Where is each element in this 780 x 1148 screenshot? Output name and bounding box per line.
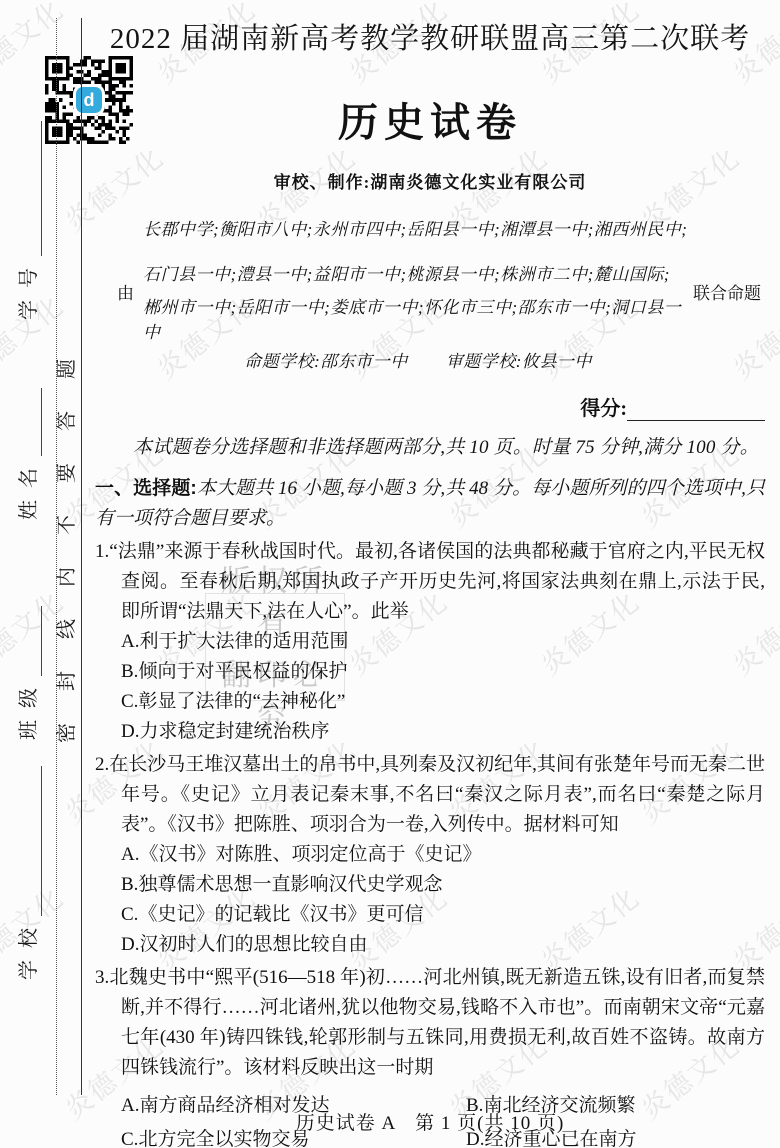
exam-instructions: 本试题卷分选择题和非选择题两部分,共 10 页。时量 75 分钟,满分 100 …: [95, 433, 765, 463]
seal-solid-line: [81, 18, 82, 1095]
producer-line: 审校、制作:湖南炎德文化实业有限公司: [95, 168, 765, 193]
exam-content: 2022 届湖南新高考教学教研联盟高三第二次联考 历史试卷 审校、制作:湖南炎德…: [95, 10, 765, 1148]
question-text: 1.“法鼎”来源于春秋战国时代。最初,各诸侯国的法典都秘藏于官府之内,平民无权查…: [95, 537, 765, 627]
question-text: 3.北魏史书中“熙平(516—518 年)初……河北州镇,既无新造五铢,设有旧者…: [95, 963, 765, 1083]
question-body: “法鼎”来源于春秋战国时代。最初,各诸侯国的法典都秘藏于官府之内,平民无权查阅。…: [109, 541, 765, 622]
seal-field-label: 学号: [16, 256, 42, 320]
seal-field-label: 班级: [16, 676, 42, 740]
section-header: 一、选择题:本大题共 16 小题,每小题 3 分,共 48 分。每小题所列的四个…: [95, 474, 765, 534]
commission-schools: 长郡中学;衡阳市八中;永州市四中;岳阳县一中;湘潭县一中;湘西州民中; 石门县一…: [143, 205, 693, 378]
seal-field-school: 学校: [12, 766, 42, 980]
school-line: 郴州市一中;岳阳市一中;娄底市一中;怀化市三中;邵东市一中;洞口县一中: [143, 295, 693, 340]
question-2: 2.在长沙马王堆汉墓出土的帛书中,具列秦及汉初纪年,其间有张楚年号而无秦二世年号…: [95, 750, 765, 960]
question-number: 2.: [95, 754, 109, 775]
seal-blank-line: [17, 388, 42, 456]
question-1: 1.“法鼎”来源于春秋战国时代。最初,各诸侯国的法典都秘藏于官府之内,平民无权查…: [95, 537, 765, 747]
option-d: D.力求稳定封建统治秩序: [121, 717, 765, 747]
seal-blank-line: [17, 606, 42, 676]
reviewer-school: 审题学校:攸县一中: [446, 347, 592, 372]
score-row: 得分:: [95, 392, 765, 421]
option-a: A.《汉书》对陈胜、项羽定位高于《史记》: [121, 840, 765, 870]
score-label: 得分:: [580, 398, 627, 420]
question-number: 3.: [95, 967, 109, 988]
option-c: C.《史记》的记载比《汉书》更可信: [121, 900, 765, 930]
exam-page: 炎德文化炎德文化炎德文化炎德文化炎德文化炎德文化炎德文化炎德文化炎德文化炎德文化…: [0, 0, 780, 1148]
seal-field-student-id: 学号: [12, 121, 42, 320]
question-options: A.《汉书》对陈胜、项羽定位高于《史记》 B.独尊儒术思想一直影响汉代史学观念 …: [121, 840, 765, 960]
proposer-school: 命题学校:邵东市一中: [244, 347, 408, 372]
seal-field-class: 班级: [12, 606, 42, 740]
question-text: 2.在长沙马王堆汉墓出土的帛书中,具列秦及汉初纪年,其间有张楚年号而无秦二世年号…: [95, 750, 765, 840]
subject-title: 历史试卷: [95, 91, 765, 148]
exam-title: 2022 届湖南新高考教学教研联盟高三第二次联考: [95, 16, 765, 57]
seal-blank-line: [17, 121, 42, 256]
question-body: 在长沙马王堆汉墓出土的帛书中,具列秦及汉初纪年,其间有张楚年号而无秦二世年号。《…: [109, 754, 765, 835]
option-c: C.彰显了法律的“去神秘化”: [121, 687, 765, 717]
commission-block: 由 长郡中学;衡阳市八中;永州市四中;岳阳县一中;湘潭县一中;湘西州民中; 石门…: [95, 205, 765, 378]
seal-blank-line: [17, 766, 42, 916]
seal-field-label: 姓名: [16, 456, 42, 520]
option-d: D.汉初时人们的思想比较自由: [121, 930, 765, 960]
section-label: 一、选择题:: [95, 478, 197, 499]
school-line-bottom: 命题学校:邵东市一中 审题学校:攸县一中: [143, 340, 693, 378]
commission-prefix: 由: [117, 279, 143, 304]
school-line: 长郡中学;衡阳市八中;永州市四中;岳阳县一中;湘潭县一中;湘西州民中;: [143, 205, 693, 250]
seal-fields: 学校 班级 姓名 学号: [12, 35, 54, 1095]
page-footer: 历史试卷 A 第 1 页(共 10 页): [95, 1108, 765, 1135]
commission-suffix: 联合命题: [693, 279, 761, 304]
school-line: 石门县一中;澧县一中;益阳市一中;桃源县一中;株洲市二中;麓山国际;: [143, 250, 693, 295]
question-body: 北魏史书中“熙平(516—518 年)初……河北州镇,既无新造五铢,设有旧者,而…: [109, 967, 765, 1078]
seal-field-name: 姓名: [12, 388, 42, 520]
option-b: B.独尊儒术思想一直影响汉代史学观念: [121, 870, 765, 900]
question-options: A.利于扩大法律的适用范围 B.倾向于对平民权益的保护 C.彰显了法律的“去神秘…: [121, 627, 765, 747]
score-blank-line: [627, 400, 765, 421]
question-number: 1.: [95, 541, 109, 562]
seal-notice-rotor: 密封线内不要答题: [50, 35, 80, 1095]
option-a: A.利于扩大法律的适用范围: [121, 627, 765, 657]
option-b: B.倾向于对平民权益的保护: [121, 657, 765, 687]
seal-notice: 密封线内不要答题: [50, 327, 79, 743]
seal-field-label: 学校: [16, 916, 42, 980]
